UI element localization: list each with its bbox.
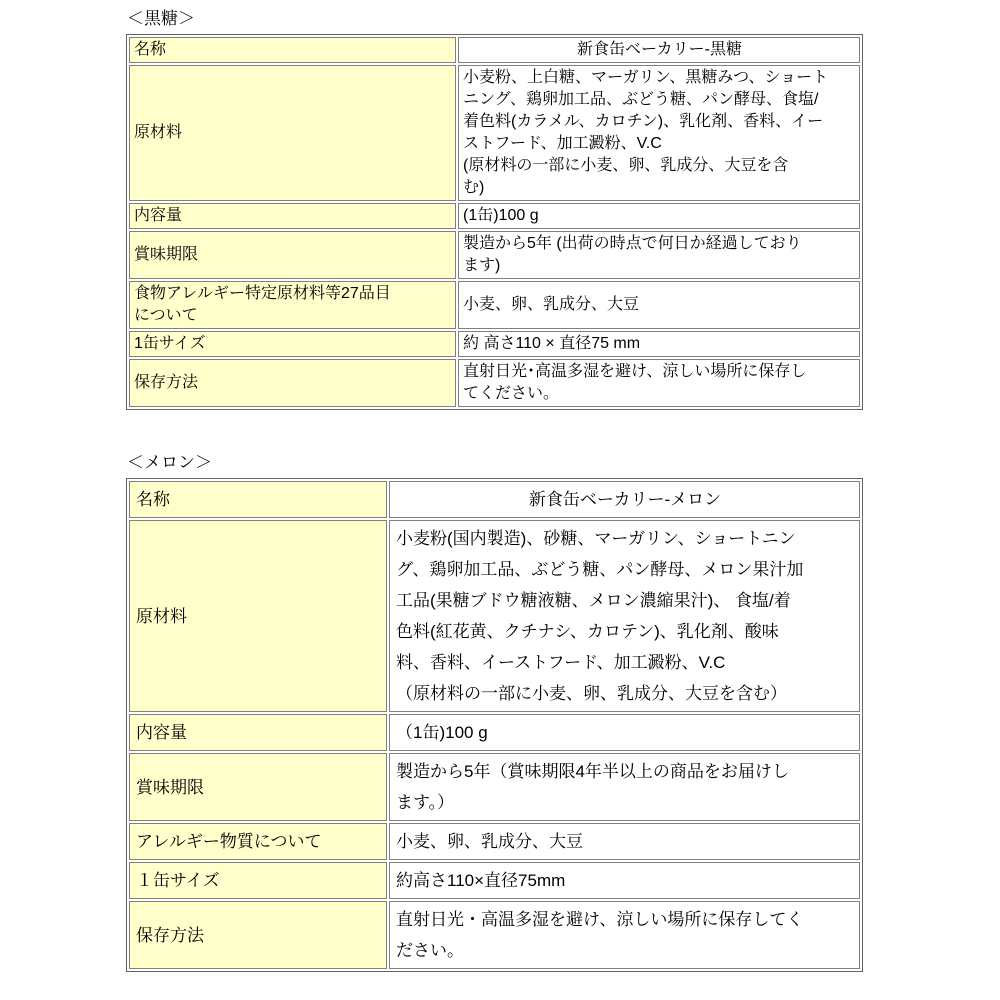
row-label: 原材料 <box>129 65 456 201</box>
row-label: 内容量 <box>129 203 456 229</box>
spec-table-melon: 名称 新食缶ベーカリー-メロン 原材料 小麦粉(国内製造)、砂糖、マーガリン、シ… <box>126 478 863 972</box>
row-value: 新食缶ベーカリー-黒糖 <box>458 37 860 63</box>
row-label: 名称 <box>129 37 456 63</box>
row-label: 保存方法 <box>129 359 456 407</box>
row-value: (1缶)100 g <box>458 203 860 229</box>
table-row: １缶サイズ 約高さ110×直径75mm <box>129 862 860 899</box>
section-title-kokutou: ＜黒糖＞ <box>127 8 1000 30</box>
row-value: 小麦、卵、乳成分、大豆 <box>458 281 860 329</box>
row-label: アレルギー物質について <box>129 823 387 860</box>
table-row: 保存方法 直射日光・高温多湿を避け、涼しい場所に保存してく ださい。 <box>129 901 860 969</box>
row-value: 製造から5年 (出荷の時点で何日か経過しており ます) <box>458 231 860 279</box>
row-label: 1缶サイズ <box>129 331 456 357</box>
section-title-melon: ＜メロン＞ <box>127 452 1000 474</box>
product-spec-page: ＜黒糖＞ 名称 新食缶ベーカリー-黒糖 原材料 小麦粉、上白糖、マーガリン、黒糖… <box>0 0 1000 1000</box>
row-value: 約高さ110×直径75mm <box>389 862 860 899</box>
table-row: 内容量 (1缶)100 g <box>129 203 860 229</box>
table-row: 原材料 小麦粉(国内製造)、砂糖、マーガリン、ショートニン グ、鶏卵加工品、ぶど… <box>129 520 860 712</box>
row-label: 内容量 <box>129 714 387 751</box>
table-row: 名称 新食缶ベーカリー-メロン <box>129 481 860 518</box>
row-value: （1缶)100 g <box>389 714 860 751</box>
row-label: 原材料 <box>129 520 387 712</box>
row-value: 直射日光･高温多湿を避け、涼しい場所に保存し てください。 <box>458 359 860 407</box>
table-row: 内容量 （1缶)100 g <box>129 714 860 751</box>
spec-table-kokutou: 名称 新食缶ベーカリー-黒糖 原材料 小麦粉、上白糖、マーガリン、黒糖みつ、ショ… <box>126 34 863 410</box>
row-value: 新食缶ベーカリー-メロン <box>389 481 860 518</box>
table-row: 賞味期限 製造から5年（賞味期限4年半以上の商品をお届けし ます。） <box>129 753 860 821</box>
row-value: 製造から5年（賞味期限4年半以上の商品をお届けし ます。） <box>389 753 860 821</box>
row-value: 直射日光・高温多湿を避け、涼しい場所に保存してく ださい。 <box>389 901 860 969</box>
row-label: 賞味期限 <box>129 753 387 821</box>
row-value: 小麦、卵、乳成分、大豆 <box>389 823 860 860</box>
row-value: 約 高さ110 × 直径75 mm <box>458 331 860 357</box>
table-row: 原材料 小麦粉、上白糖、マーガリン、黒糖みつ、ショート ニング、鶏卵加工品、ぶど… <box>129 65 860 201</box>
table-row: 保存方法 直射日光･高温多湿を避け、涼しい場所に保存し てください。 <box>129 359 860 407</box>
row-value: 小麦粉、上白糖、マーガリン、黒糖みつ、ショート ニング、鶏卵加工品、ぶどう糖、パ… <box>458 65 860 201</box>
table-row: 名称 新食缶ベーカリー-黒糖 <box>129 37 860 63</box>
table-row: 食物アレルギー特定原材料等27品目 について 小麦、卵、乳成分、大豆 <box>129 281 860 329</box>
table-row: 1缶サイズ 約 高さ110 × 直径75 mm <box>129 331 860 357</box>
table-row: 賞味期限 製造から5年 (出荷の時点で何日か経過しており ます) <box>129 231 860 279</box>
row-label: １缶サイズ <box>129 862 387 899</box>
row-label: 賞味期限 <box>129 231 456 279</box>
row-label: 食物アレルギー特定原材料等27品目 について <box>129 281 456 329</box>
row-label: 保存方法 <box>129 901 387 969</box>
row-label: 名称 <box>129 481 387 518</box>
table-row: アレルギー物質について 小麦、卵、乳成分、大豆 <box>129 823 860 860</box>
row-value: 小麦粉(国内製造)、砂糖、マーガリン、ショートニン グ、鶏卵加工品、ぶどう糖、パ… <box>389 520 860 712</box>
